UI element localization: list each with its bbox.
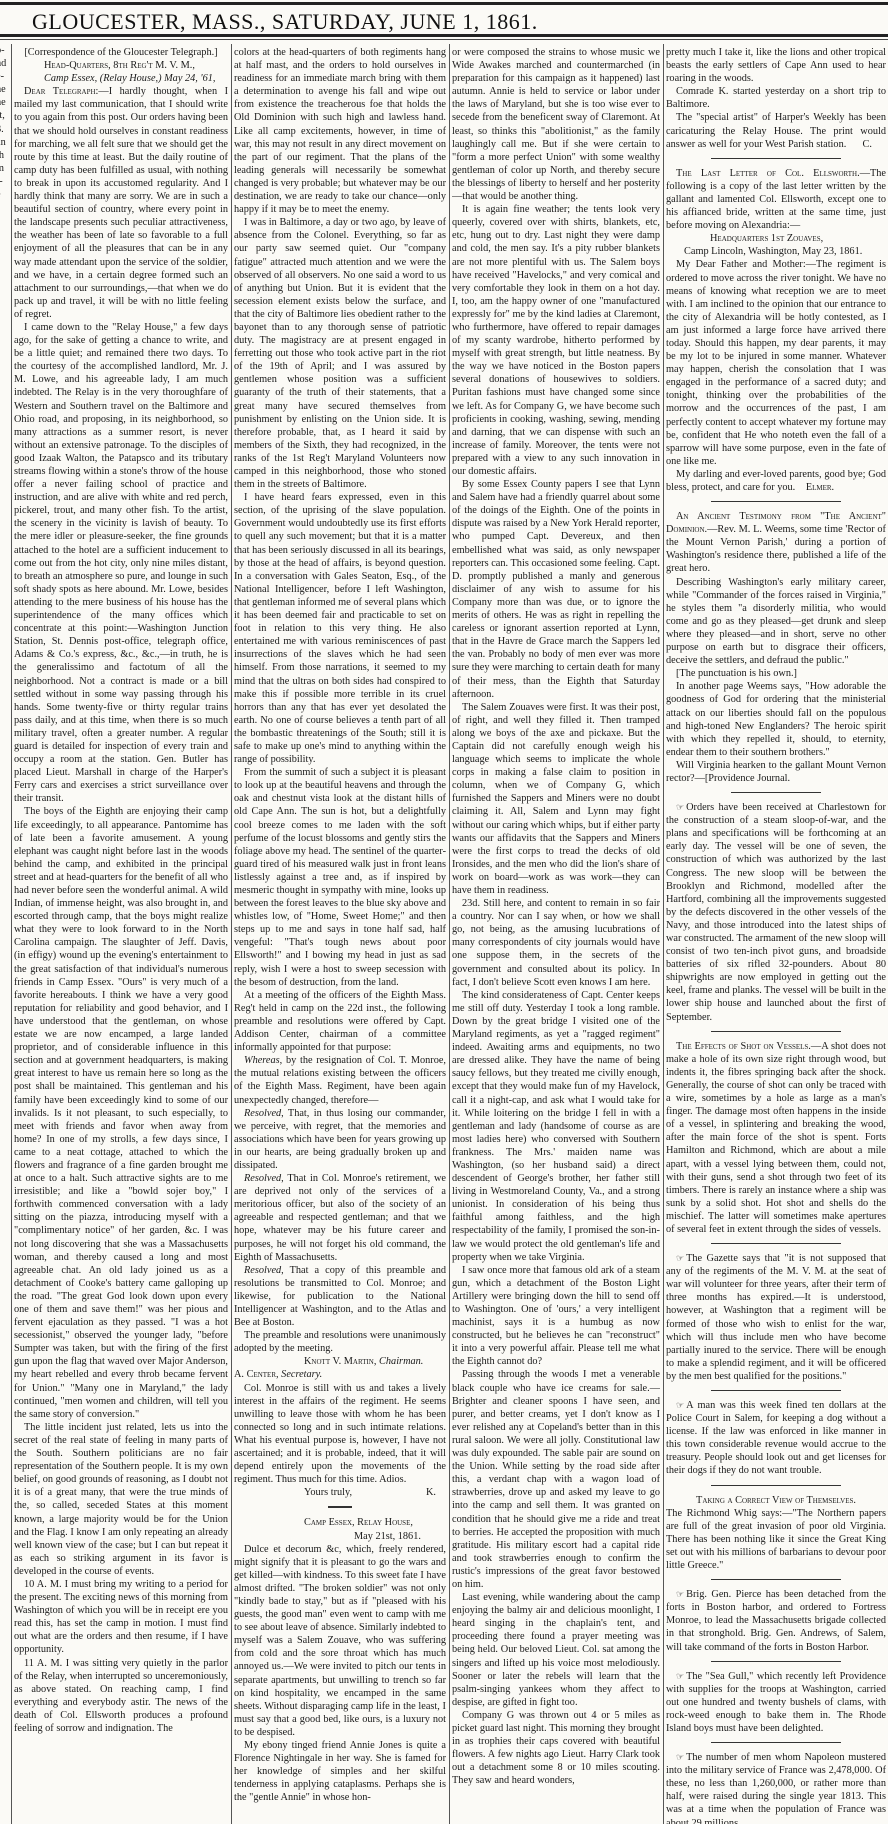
paragraph: Col. Monroe is still with us and takes a… [234, 1382, 446, 1487]
paragraph: [The punctuation is his own.] [666, 667, 886, 680]
paragraph: colors at the head-quarters of both regi… [234, 46, 446, 216]
letter-body: My Dear Father and Mother:—The regiment … [666, 258, 886, 468]
column-3: or were composed the strains to whose mu… [452, 44, 660, 1824]
letter-closing: My darling and ever-loved parents, good … [666, 468, 886, 494]
paragraph: pretty much I take it, like the lions an… [666, 46, 886, 85]
paragraph: I have heard fears expressed, even in th… [234, 491, 446, 766]
pointing-hand-icon: ☞ [676, 802, 684, 812]
paragraph: The little incident just related, lets u… [14, 1421, 228, 1578]
closing: Yours truly,K. [234, 1486, 446, 1499]
pointing-hand-icon: ☞ [676, 1752, 684, 1762]
ellsworth-article: The Last Letter of Col. Ellsworth.—The f… [666, 167, 886, 232]
resolution: Resolved, That, in thus losing our comma… [234, 1107, 446, 1172]
dateline-camp-lincoln: Camp Lincoln, Washington, May 23, 1861. [666, 245, 886, 258]
paragraph: Passing through the woods I met a venera… [452, 1368, 660, 1591]
cropped-column-fragment: o- nd e- he he rt, 3. an th m r- e [0, 44, 8, 1824]
pointing-hand-icon: ☞ [676, 1589, 684, 1599]
article-heading: The Effects of Shot on Vessels. [676, 1041, 811, 1052]
paragraph: 11 A. M. I was sitting very quietly in t… [14, 1657, 228, 1736]
paragraph: I saw once more that famous old ark of a… [452, 1264, 660, 1369]
paragraph: In another page Weems says, "How adorabl… [666, 680, 886, 759]
fragment-text: o- nd e- he he rt, 3. an th m r- e [0, 44, 8, 201]
divider [711, 1243, 841, 1244]
dateline-date: May 21st, 1861. [234, 1530, 446, 1543]
divider [711, 501, 841, 502]
paragraph: My ebony tinged friend Annie Jones is qu… [234, 1739, 446, 1804]
shot-article: The Effects of Shot on Vessels.—A shot d… [666, 1040, 886, 1236]
column-1: [Correspondence of the Gloucester Telegr… [14, 44, 228, 1824]
divider [328, 1506, 352, 1508]
secretary-signature: A. Center, Secretary. [234, 1368, 446, 1381]
paragraph: Will Virginia hearken to the gallant Mou… [666, 759, 886, 785]
divider [711, 158, 841, 159]
paragraph: By some Essex County papers I see that L… [452, 478, 660, 701]
paragraph: Comrade K. started yesterday on a short … [666, 85, 886, 111]
gazette-item: ☞The Gazette says that "it is not suppos… [666, 1252, 886, 1383]
chairman-signature: Knott V. Martin, Chairman. [234, 1355, 446, 1368]
salutation: Dear Telegraph: [24, 86, 98, 97]
napoleon-item: ☞The number of men whom Napoleon mustere… [666, 1751, 886, 1824]
paragraph: 10 A. M. I must bring my writing to a pe… [14, 1578, 228, 1657]
masthead-rule-bottom [0, 34, 888, 37]
paragraph: It is again fine weather; the tents look… [452, 203, 660, 478]
seagull-item: ☞The "Sea Gull," which recently left Pro… [666, 1670, 886, 1735]
dateline-camp-essex: Camp Essex, Relay House, [234, 1516, 446, 1529]
sloop-item: ☞Orders have been received at Charlestow… [666, 801, 886, 1024]
weems-article: An Ancient Testimony from "The Ancient" … [666, 510, 886, 575]
whereas-clause: Whereas, by the resignation of Col. T. M… [234, 1054, 446, 1106]
masthead-rule-thin [0, 39, 888, 40]
newspaper-title: GLOUCESTER, MASS., SATURDAY, JUNE 1, 186… [32, 9, 538, 35]
paragraph: I came down to the "Relay House," a few … [14, 321, 228, 805]
paragraph: The Salem Zouaves were first. It was the… [452, 701, 660, 897]
divider [731, 792, 821, 793]
paragraph: The preamble and resolutions were unanim… [234, 1329, 446, 1355]
letter-opening: Dear Telegraph:—I hardly thought, when I… [14, 85, 228, 321]
paragraph: Dulce et decorum &c, which, freely rende… [234, 1543, 446, 1739]
paragraph: Company G was thrown out 4 or 5 miles as… [452, 1709, 660, 1788]
resolution: Resolved, That a copy of this preamble a… [234, 1264, 446, 1329]
divider [711, 1031, 841, 1032]
whig-article: The Richmond Whig says:—"The Northern pa… [666, 1507, 886, 1572]
article-heading: The Last Letter of Col. Ellsworth. [676, 168, 860, 179]
paragraph: The boys of the Eighth are enjoying thei… [14, 805, 228, 1420]
pointing-hand-icon: ☞ [676, 1671, 684, 1681]
correspondence-source: [Correspondence of the Gloucester Telegr… [14, 46, 228, 59]
paragraph: or were composed the strains to whose mu… [452, 46, 660, 203]
paragraph: 23d. Still here, and content to remain i… [452, 897, 660, 989]
masthead-rule-top [0, 2, 888, 5]
paragraph: From the summit of such a subject it is … [234, 766, 446, 989]
divider [711, 1742, 841, 1743]
column-2: colors at the head-quarters of both regi… [234, 44, 446, 1824]
column-4: pretty much I take it, like the lions an… [666, 44, 886, 1824]
divider [711, 1485, 841, 1486]
resolution: Resolved, That in Col. Monroe's retireme… [234, 1172, 446, 1264]
paragraph: The "special artist" of Harper's Weekly … [666, 111, 886, 150]
dateline-zouaves: Headquarters 1st Zouaves, [666, 232, 886, 245]
paragraph: Last evening, while wandering about the … [452, 1591, 660, 1709]
dateline-camp: Camp Essex, (Relay House,) May 24, '61, [14, 72, 228, 85]
masthead: GLOUCESTER, MASS., SATURDAY, JUNE 1, 186… [0, 0, 888, 44]
dog-item: ☞A man was this week fined ten dollars a… [666, 1399, 886, 1478]
article-columns: o- nd e- he he rt, 3. an th m r- e [Corr… [0, 44, 888, 1824]
article-heading: Taking a Correct View of Themselves. [666, 1494, 886, 1507]
divider [711, 1661, 841, 1662]
paragraph: The kind considerateness of Capt. Center… [452, 989, 660, 1264]
pointing-hand-icon: ☞ [676, 1400, 684, 1410]
pierce-item: ☞Brig. Gen. Pierce has been detached fro… [666, 1588, 886, 1653]
paragraph: At a meeting of the officers of the Eigh… [234, 989, 446, 1054]
pointing-hand-icon: ☞ [676, 1253, 684, 1263]
divider [711, 1390, 841, 1391]
paragraph: I was in Baltimore, a day or two ago, by… [234, 216, 446, 491]
divider [711, 1579, 841, 1580]
dateline-headquarters: Head-Quarters, 8th Reg't M. V. M., [14, 59, 228, 72]
paragraph: Describing Washington's early military c… [666, 576, 886, 668]
